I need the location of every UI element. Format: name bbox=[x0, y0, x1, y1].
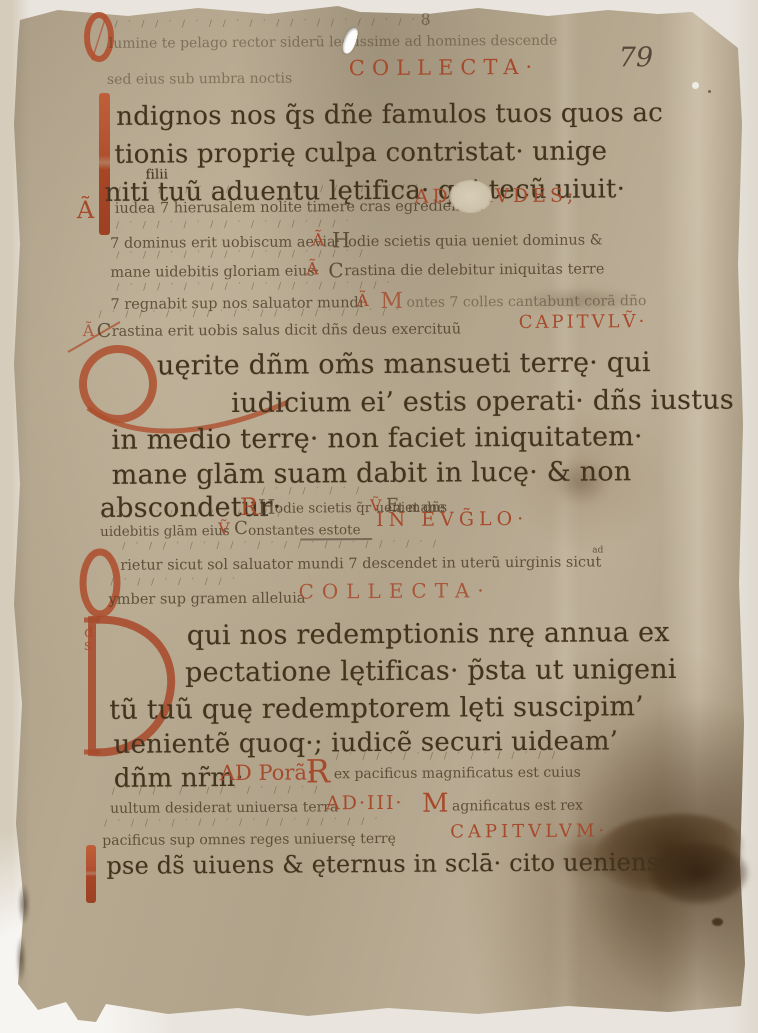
antiphon-marker: Ã bbox=[312, 230, 324, 250]
capitulum1-line-2: iudicium ei’ estis operati· dñs iustus bbox=[231, 385, 734, 420]
magnificat-initial-2: M bbox=[422, 789, 449, 819]
cap-c: C bbox=[234, 518, 248, 539]
laudes-antiphon-3: mane uidebitis gloriam eius· bbox=[110, 263, 319, 280]
rubric-capitulum-1: CAPITVLṼ· bbox=[519, 311, 648, 333]
neume-marks: ∕ ′ ∕ ∕ ′ ∕ ′ ∕ ∕ ′ ∕ ′ ∕ ∕ ′ ∕ ∕ ′ ∕ ∕ … bbox=[118, 184, 418, 196]
hymn-line-1: lumine te pelago rector siderũ lectissim… bbox=[109, 33, 558, 52]
cap-c: C bbox=[97, 320, 112, 342]
neume-marks: ∕ ′ ∕ ∕ ′ ∕ ′ ∕ ∕ ′ ∕ ′ ∕ ∕ ′ ∕ ∕ ′ ∕ ∕ … bbox=[104, 817, 384, 829]
antiphon-marker: Ã bbox=[306, 259, 318, 279]
manuscript-scan: ds ∕ ′ ∕ ∕ ′ ∕ ′ ∕ ∕ ′ ∕ ′ ∕ ∕ ′ ∕ ∕ ′ ∕… bbox=[0, 0, 758, 1033]
versicle-marker: Ṽ bbox=[218, 519, 230, 538]
laudes-antiphon-2b: odie scietis quia ueniet dominus & bbox=[348, 232, 603, 250]
hymn-line-2: sed eius sub umbra noctis bbox=[107, 71, 292, 88]
responsory-rex: ex pacificus magnificatus est cuius bbox=[334, 765, 581, 783]
neume-marks: ∕ ′ ∕ ∕ ′ ∕ ′ ∕ ∕ ′ ∕ ′ ∕ ∕ ′ ∕ ∕ ′ ∕ ∕ … bbox=[116, 219, 356, 231]
parchment-abrasion-ad-laudes bbox=[449, 180, 492, 213]
neume-marks: ∕ ′ ∕ ∕ ′ ∕ ′ ∕ ∕ ′ ∕ ′ ∕ ∕ ′ ∕ ∕ ′ ∕ ∕ … bbox=[99, 308, 399, 320]
corner-mark: 8 bbox=[420, 10, 430, 29]
antiphon-orietur-line-2: ymber sup gramen alleluia bbox=[109, 591, 306, 608]
neume-marks: ∕ ′ ∕ ∕ ′ ∕ ′ ∕ ∕ ′ ∕ ′ ∕ ∕ ′ ∕ ∕ ′ ∕ ∕ … bbox=[122, 539, 552, 552]
responsory-2: uidebitis glām eius bbox=[100, 523, 230, 540]
laudes-antiphon-5: rastina erit uobis salus dicit dñs deus … bbox=[112, 321, 461, 339]
laudes-antiphon-4b: ontes 7 colles cantabunt corã dño bbox=[406, 293, 646, 311]
collect1-line-1: ndignos nos q̃s dñe famulos tuos quos ac bbox=[116, 98, 663, 132]
rubric-ad-iii: AD·III· bbox=[326, 792, 404, 815]
rubric-collecta-2: COLLECTA· bbox=[298, 578, 491, 603]
collect2-line-2: pectatione lętificas· p̃sta ut unigeni bbox=[185, 654, 677, 688]
antiphon-orietur-interlinear: ad bbox=[592, 545, 603, 555]
collect1-line-2: tionis proprię culpa contristat· unige bbox=[114, 136, 607, 169]
laudes-antiphon-3b: rastina die delebitur iniquitas terre bbox=[344, 261, 604, 279]
rubric-in-evangelio: IN EVG̃LO· bbox=[376, 508, 528, 531]
capitulum1-line-1: uęrite dñm om̃s mansueti terrę· qui bbox=[157, 347, 651, 381]
neume-marks: ∕ ′ ∕ ∕ ′ ∕ ′ ∕ ∕ ′ ∕ ′ ∕ ∕ ′ ∕ ∕ ′ ∕ ∕ … bbox=[262, 486, 367, 497]
text-block: ∕ ′ ∕ ∕ ′ ∕ ′ ∕ ∕ ′ ∕ ′ ∕ ∕ ′ ∕ ∕ ′ ∕ ∕ … bbox=[0, 0, 758, 1033]
capitulum1-line-4: mane glām suam dabit in lucę· & non bbox=[112, 456, 632, 491]
neume-marks: ∕ ′ ∕ ∕ ′ ∕ ′ ∕ ∕ ′ ∕ ′ ∕ ∕ ′ ∕ ∕ ′ ∕ ∕ … bbox=[102, 509, 282, 520]
antiphon-marker-margin: Ã bbox=[77, 196, 95, 224]
rubric-ad-pora: AD Porã· bbox=[220, 760, 314, 785]
neume-marks: ∕ ′ ∕ ∕ ′ ∕ ′ ∕ ∕ ′ ∕ ′ ∕ ∕ ′ ∕ ∕ ′ ∕ ∕ … bbox=[110, 577, 240, 588]
neume-marks: ∕ ′ ∕ ∕ ′ ∕ ′ ∕ ∕ ′ ∕ ′ ∕ ∕ ′ ∕ ∕ ′ ∕ ∕ … bbox=[112, 785, 322, 796]
cap-c: C bbox=[328, 258, 343, 282]
collect2-line-1: qui nos redemptionis nrę annua ex bbox=[187, 617, 670, 651]
rubric-capitulum-2: CAPITVLVM· bbox=[450, 820, 608, 842]
responsory-rex-2: uultum desiderat uniuersa terra bbox=[110, 799, 338, 817]
responsory-2b: onstantes estote bbox=[248, 522, 361, 539]
rubric-collecta-1: COLLECTA· bbox=[349, 55, 539, 80]
responsory-mag-2: pacificus sup omnes reges uniuersę terrę bbox=[102, 831, 396, 849]
folio-number: 79 bbox=[619, 42, 654, 73]
antiphon-orietur-line-1: rietur sicut sol saluator mundi 7 descen… bbox=[120, 554, 601, 573]
collect2-line-3: tũ tuũ quę redemptorem lęti suscipim’ bbox=[109, 691, 644, 726]
neume-marks: ∕ ′ ∕ ∕ ′ ∕ ′ ∕ ∕ ′ ∕ ′ ∕ ∕ ′ ∕ ∕ ′ ∕ ∕ … bbox=[115, 17, 535, 30]
neume-marks: ∕ ′ ∕ ∕ ′ ∕ ′ ∕ ∕ ′ ∕ ′ ∕ ∕ ′ ∕ ∕ ′ ∕ ∕ … bbox=[116, 281, 396, 293]
antiphon-marker: Ã bbox=[83, 321, 95, 340]
rubric-ad-laudes: AD LAVDES; bbox=[415, 185, 578, 208]
capitulum2-line-1: pse ds̃ uiuens & ęternus in sclā· cito u… bbox=[106, 848, 667, 880]
neume-marks: ∕ ′ ∕ ∕ ′ ∕ ′ ∕ ∕ ′ ∕ ′ ∕ ∕ ′ ∕ ∕ ′ ∕ ∕ … bbox=[336, 751, 556, 763]
parchment-dot-right bbox=[692, 82, 699, 89]
responsory-mag: agnificatus est rex bbox=[452, 798, 583, 815]
capitulum1-line-3: in medio terrę· non faciet iniquitatem· bbox=[111, 421, 643, 456]
